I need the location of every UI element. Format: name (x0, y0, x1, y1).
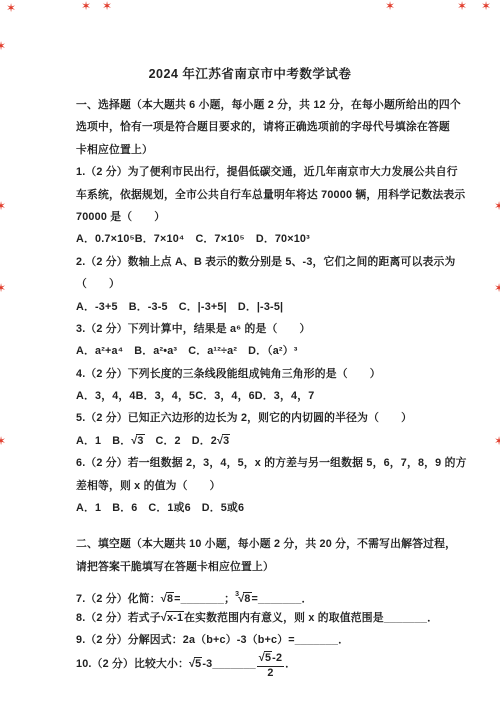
star-icon: ✶ (457, 0, 467, 12)
q3-options: A．a²+a⁴ B．a²•a³ C．a¹²÷a² D．（a²）³ (76, 340, 441, 362)
q1-text-line-2: 车系统，依据规划，全市公共自行车总量明年将达 70000 辆，用科学记数法表示 (76, 184, 441, 206)
q6-options: A．1 B．6 C．1或6 D．5或6 (76, 497, 441, 519)
q7-line: 7.（2 分）化简：√8=_______；3√8=_______． (76, 584, 441, 606)
exam-paper-page: ✶✶✶✶✶✶✶✶✶✶✶✶✶ 2024 年江苏省南京市中考数学试卷 一、选择题（本… (0, 0, 500, 707)
q2-text-line-1: 2.（2 分）数轴上点 A、B 表示的数分别是 5、-3，它们之间的距离可以表示… (76, 251, 441, 273)
star-icon: ✶ (0, 40, 6, 52)
q2-text-line-2: （ ） (76, 273, 441, 295)
star-icon: ✶ (102, 0, 112, 12)
page-title: 2024 年江苏省南京市中考数学试卷 (0, 64, 500, 82)
q1-text-line-1: 1.（2 分）为了便利市民出行，提倡低碳交通，近几年南京市大力发展公共自行 (76, 161, 441, 183)
star-icon: ✶ (0, 435, 6, 447)
sec2-header-line-2: 请把答案干脆填写在答题卡相应位置上） (76, 556, 441, 578)
sec2-header-line-1: 二、填空题（本大题共 10 小题，每小题 2 分，共 20 分，不需写出解答过程… (76, 533, 441, 555)
star-icon: ✶ (494, 435, 500, 447)
star-icon: ✶ (385, 0, 395, 12)
star-icon: ✶ (494, 200, 500, 212)
q6-text-line-2: 差相等，则 x 的值为（ ） (76, 475, 441, 497)
star-icon: ✶ (6, 2, 16, 14)
q4-text-line-1: 4.（2 分）下列长度的三条线段能组成钝角三角形的是（ ） (76, 363, 441, 385)
document-body: 一、选择题（本大题共 6 小题，每小题 2 分，共 12 分，在每小题所给出的四… (76, 94, 441, 674)
star-icon: ✶ (494, 282, 500, 294)
q6-text-line-1: 6.（2 分）若一组数据 2，3，4，5，x 的方差与另一组数据 5，6，7，8… (76, 452, 441, 474)
q5-text-line-1: 5.（2 分）已知正六边形的边长为 2，则它的内切圆的半径为（ ） (76, 407, 441, 429)
q2-options: A．-3+5 B．-3-5 C．|-3+5| D．|-3-5| (76, 296, 441, 318)
sec1-header-line-1: 一、选择题（本大题共 6 小题，每小题 2 分，共 12 分，在每小题所给出的四… (76, 94, 441, 116)
q5-options: A．1 B．√3 C．2 D．2√3 (76, 430, 441, 452)
q1-text-line-3: 70000 是（ ） (76, 206, 441, 228)
sec1-header-line-3: 卡相应位置上） (76, 139, 441, 161)
q4-options: A．3，4，4B．3，4，5C．3，4，6D．3，4，7 (76, 385, 441, 407)
q3-text-line-1: 3.（2 分）下列计算中，结果是 a⁶ 的是（ ） (76, 318, 441, 340)
star-icon: ✶ (0, 200, 6, 212)
star-icon: ✶ (481, 0, 491, 12)
q8-line: 8.（2 分）若式子√x-1在实数范围内有意义，则 x 的取值范围是______… (76, 607, 441, 629)
star-icon: ✶ (0, 282, 6, 294)
q9-line: 9.（2 分）分解因式：2a（b+c）-3（b+c）=_______． (76, 629, 441, 651)
q10-line: 10.（2 分）比较大小：√5-3_______√5-22． (76, 651, 441, 673)
sec1-header-line-2: 选项中，恰有一项是符合题目要求的，请将正确选项前的字母代号填涂在答题 (76, 116, 441, 138)
star-icon: ✶ (81, 0, 91, 12)
q1-options: A．0.7×10⁵B．7×10⁴ C．7×10⁵ D．70×10³ (76, 228, 441, 250)
